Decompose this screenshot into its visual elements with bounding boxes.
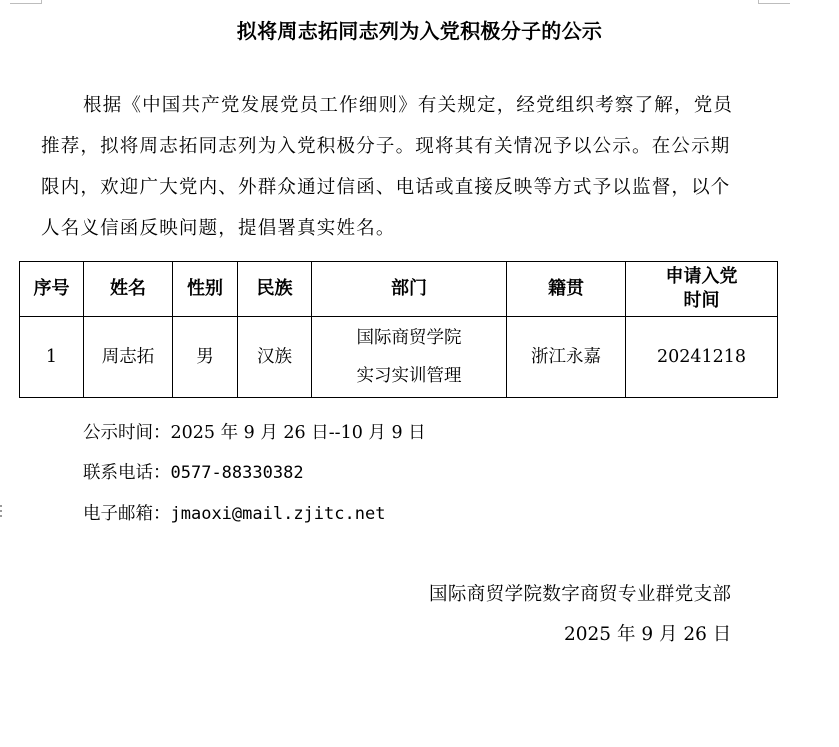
- cell-department: 国际商贸学院 实习实训管理: [312, 317, 507, 398]
- table-row: 1 周志拓 男 汉族 国际商贸学院 实习实训管理 浙江永嘉 20241218: [20, 317, 778, 398]
- signature-date: 2025 年 9 月 26 日: [564, 622, 731, 648]
- contact-phone: 联系电话：0577-88330382: [83, 461, 304, 485]
- header-application-time-line: 申请入党: [626, 265, 777, 289]
- header-department: 部门: [312, 262, 507, 317]
- publicity-period: 公示时间：2025 年 9 月 26 日--10 月 9 日: [83, 421, 426, 445]
- contact-email-value: jmaoxi@mail.zjitc.net: [171, 504, 386, 524]
- cell-index: 1: [20, 317, 84, 398]
- page-corner-mark-right: [758, 0, 790, 4]
- contact-phone-label: 联系电话：: [83, 463, 171, 483]
- header-application-time: 申请入党 时间: [626, 262, 778, 317]
- header-index: 序号: [20, 262, 84, 317]
- document-title: 拟将周志拓同志列为入党积极分子的公示: [0, 16, 839, 46]
- table-header-row: 序号 姓名 性别 民族 部门 籍贯 申请入党 时间: [20, 262, 778, 317]
- paragraph-line: 限内，欢迎广大党内、外群众通过信函、电话或直接反映等方式予以监督，以个: [41, 167, 759, 208]
- header-ethnicity: 民族: [238, 262, 312, 317]
- cell-application-date: 20241218: [626, 317, 778, 398]
- cell-ethnicity: 汉族: [238, 317, 312, 398]
- header-application-time-line: 时间: [626, 289, 777, 313]
- cell-gender: 男: [173, 317, 238, 398]
- header-gender: 性别: [173, 262, 238, 317]
- contact-email-label: 电子邮箱：: [83, 504, 171, 524]
- signature-organization: 国际商贸学院数字商贸专业群党支部: [429, 582, 731, 608]
- contact-email: 电子邮箱：jmaoxi@mail.zjitc.net: [83, 502, 385, 526]
- cell-name: 周志拓: [84, 317, 173, 398]
- paragraph-line: 推荐，拟将周志拓同志列为入党积极分子。现将其有关情况予以公示。在公示期: [41, 126, 759, 167]
- publicity-period-value: 2025 年 9 月 26 日--10 月 9 日: [171, 423, 426, 443]
- body-paragraph: 根据《中国共产党发展党员工作细则》有关规定，经党组织考察了解，党员 推荐，拟将周…: [41, 85, 759, 249]
- header-native-place: 籍贯: [507, 262, 626, 317]
- candidate-table: 序号 姓名 性别 民族 部门 籍贯 申请入党 时间 1 周志拓 男 汉族 国际商…: [19, 261, 778, 398]
- department-line: 国际商贸学院: [312, 319, 506, 357]
- paragraph-line: 人名义信函反映问题，提倡署真实姓名。: [41, 208, 759, 249]
- paragraph-marker: [0, 505, 2, 519]
- department-line: 实习实训管理: [312, 357, 506, 395]
- contact-phone-value: 0577-88330382: [171, 463, 304, 483]
- cell-native-place: 浙江永嘉: [507, 317, 626, 398]
- publicity-period-label: 公示时间：: [83, 423, 171, 443]
- paragraph-line: 根据《中国共产党发展党员工作细则》有关规定，经党组织考察了解，党员: [41, 85, 759, 126]
- header-name: 姓名: [84, 262, 173, 317]
- page-corner-mark-left: [10, 0, 42, 4]
